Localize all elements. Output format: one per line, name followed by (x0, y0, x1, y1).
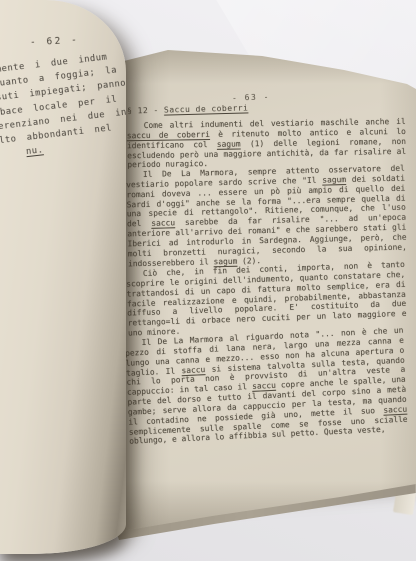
underlined-term: nu. (26, 145, 44, 157)
left-page-number: - 62 - (30, 35, 80, 49)
section-heading: § 12 - Saccu de coberri (127, 102, 249, 115)
underlined-term: sagum (213, 257, 237, 267)
paragraph: Il De La Marmora, sempre attento osserva… (126, 164, 407, 269)
right-page-body-text: Come altri indumenti del vestiario masch… (127, 121, 406, 446)
paragraph: Il De La Marmora al riguardo nota "... n… (124, 325, 408, 446)
left-page: - 62 - ialmente i due indumze quanto a f… (0, 0, 126, 554)
underlined-term: sagum (322, 175, 346, 185)
underlined-term: saccu (252, 381, 276, 391)
section-number: § 12 - (127, 105, 164, 116)
right-page-number: - 63 - (232, 92, 270, 102)
paragraph: Ciò che, in fin dei conti, importa, non … (126, 260, 407, 339)
left-page-body-text: ialmente i due indumze quanto a foggia; … (0, 42, 126, 165)
underlined-term: saccu (151, 219, 175, 229)
paragraph: Come altri indumenti del vestiario masch… (127, 117, 407, 171)
underlined-term: sagum (217, 139, 241, 148)
underlined-term: saccu (181, 364, 205, 374)
underlined-term: saccu (383, 404, 407, 414)
section-title: Saccu de coberri (164, 102, 249, 114)
text-segment: Ciò che, in fin dei conti, importa, non … (126, 260, 407, 338)
underlined-term: saccu de coberri (127, 130, 210, 140)
